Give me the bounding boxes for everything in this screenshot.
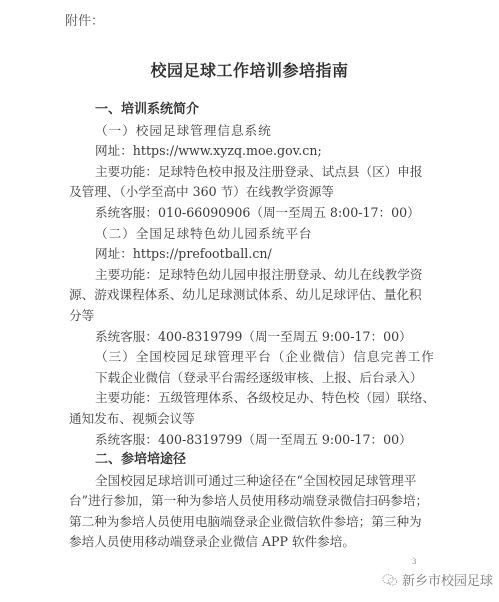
watermark: 新乡市校园足球	[382, 570, 493, 589]
system-2-functions: 主要功能：足球特色幼儿园申报注册登录、幼儿在线教学资	[69, 265, 414, 286]
document-title: 校园足球工作培训参培指南	[0, 58, 499, 81]
section-2-para-line4: 参培人员使用移动端登录企业微信 APP 软件参培。	[69, 532, 414, 553]
system-2-functions-cont2: 分等	[69, 306, 414, 327]
system-2-support: 系统客服：400-8319799（周一至周五 9:00-17：00）	[69, 327, 414, 348]
section-heading-2: 二、参培培途径	[69, 450, 414, 471]
document-body: 一、培训系统简介 （一）校园足球管理信息系统 网址：https://www.xy…	[69, 100, 414, 553]
system-1-functions-cont: 及管理、（小学至高中 360 节）在线教学资源等	[69, 182, 414, 203]
page-number: 3	[412, 558, 416, 566]
watermark-text: 新乡市校园足球	[402, 570, 493, 589]
subsection-1-title: （一）校园足球管理信息系统	[69, 121, 414, 142]
subsection-2-title: （二）全国足球特色幼儿园系统平台	[69, 224, 414, 245]
system-2-functions-cont: 源、游戏课程体系、幼儿足球测试体系、幼儿足球评估、量化积	[69, 285, 414, 306]
system-3-functions: 主要功能：五级管理体系、各级校足办、特色校（园）联络、	[69, 388, 414, 409]
system-3-functions-cont: 通知发布、视频会议等	[69, 409, 414, 430]
system-3-download: 下载企业微信（登录平台需经逐级审核、上报、后台录入）	[69, 368, 414, 389]
system-3-support: 系统客服：400-8319799（周一至周五 9:00-17：00）	[69, 430, 414, 451]
system-1-functions: 主要功能：足球特色校申报及注册登录、试点县（区）申报	[69, 162, 414, 183]
attachment-label: 附件：	[65, 10, 104, 29]
system-1-support: 系统客服：010-66090906（周一至周五 8:00-17：00）	[69, 203, 414, 224]
section-2-para-line2: 台”进行参加，第一种为参培人员使用移动端登录微信扫码参培；	[69, 491, 414, 512]
section-heading-1: 一、培训系统简介	[69, 100, 414, 121]
wechat-icon	[382, 573, 398, 587]
system-1-url: 网址：https://www.xyzq.moe.gov.cn;	[69, 141, 414, 162]
section-2-para-line1: 全国校园足球培训可通过三种途径在“全国校园足球管理平	[69, 471, 414, 492]
system-2-url: 网址：https://prefootball.cn/	[69, 244, 414, 265]
section-2-para-line3: 第二种为参培人员使用电脑端登录企业微信软件参培；第三种为	[69, 512, 414, 533]
subsection-3-title: （三）全国校园足球管理平台（企业微信）信息完善工作	[69, 347, 414, 368]
